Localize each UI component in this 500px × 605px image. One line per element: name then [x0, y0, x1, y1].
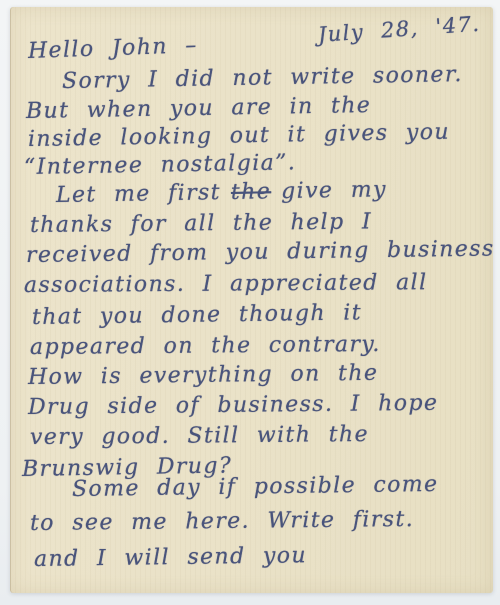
edit-line-after: give my [281, 177, 387, 204]
letter-line: Some day if possible come [72, 472, 439, 502]
letter-line: that you done though it [32, 300, 362, 330]
letter-line: thanks for all the help I [30, 209, 372, 238]
letter-line: But when you are in the [26, 93, 372, 124]
letter-salutation: Hello John – [28, 33, 198, 64]
letter-line: associations. I appreciated all [24, 270, 428, 298]
letter-line: Drug side of business. I hope [28, 391, 439, 420]
letter-line: Sorry I did not write sooner. [62, 62, 463, 94]
letter-line: very good. Still with the [30, 422, 369, 450]
letter-line: “Internee nostalgia”. [24, 150, 297, 180]
letter-line: How is everything on the [28, 361, 379, 390]
letter-line: inside looking out it gives you [28, 120, 450, 152]
letter-line: appeared on the contrary. [30, 332, 381, 360]
letter-line-with-strikethrough: Let me firstthegive my [56, 177, 387, 208]
letter-paper: July 28, '47. Hello John – Sorry I did n… [10, 7, 493, 593]
scan-background: July 28, '47. Hello John – Sorry I did n… [0, 0, 500, 605]
letter-date: July 28, '47. [317, 12, 481, 47]
letter-line: received from you during business [26, 236, 495, 268]
letter-line: to see me here. Write first. [30, 507, 414, 536]
letter-line: and I will send you [34, 543, 307, 572]
struck-word: the [231, 179, 272, 205]
edit-line-before: Let me first [56, 180, 221, 208]
